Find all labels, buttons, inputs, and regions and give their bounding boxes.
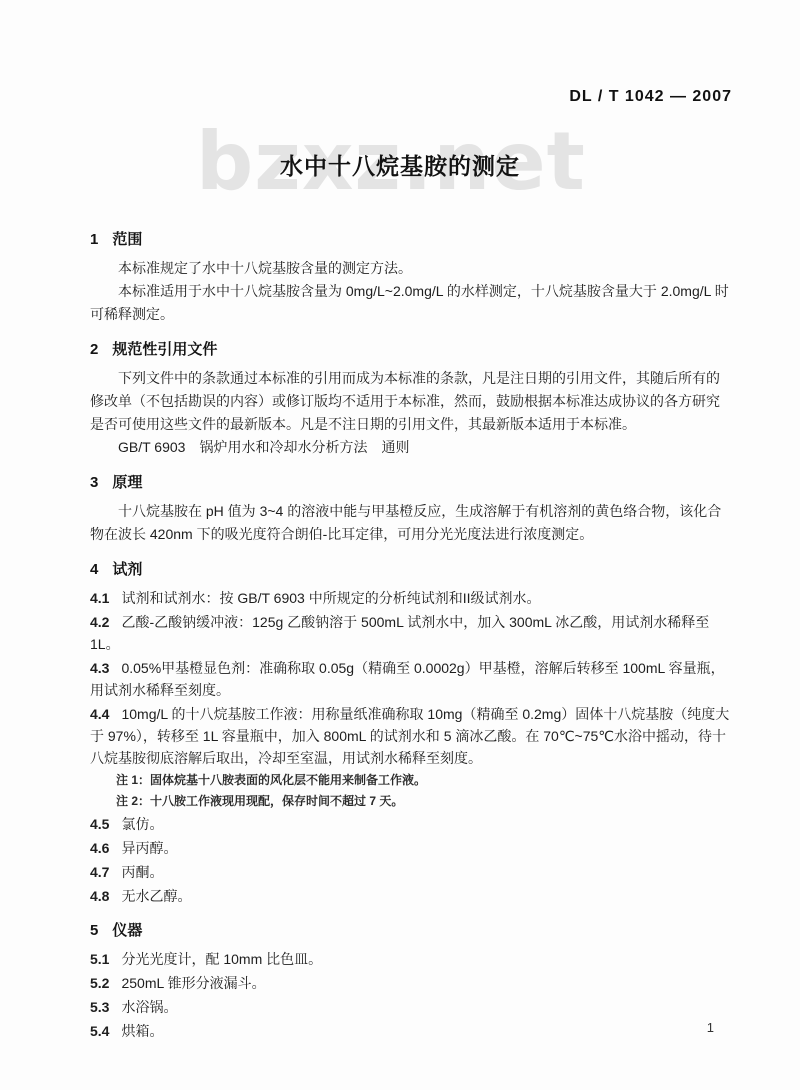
clause-4-8-number: 4.8 [90,888,109,904]
clause-4-5-number: 4.5 [90,816,109,832]
section-4-heading: 4试剂 [90,558,730,581]
clause-5-2: 5.2250mL 锥形分液漏斗。 [90,972,730,994]
clause-4-3: 4.30.05%甲基橙显色剂：准确称取 0.05g（精确至 0.0002g）甲基… [90,657,730,701]
clause-4-1-number: 4.1 [90,590,109,606]
title-block: bzxz.net 水中十八烷基胺的测定 [0,126,800,226]
clause-5-3: 5.3水浴锅。 [90,996,730,1018]
section-1-paragraph-2: 本标准适用于水中十八烷基胺含量为 0mg/L~2.0mg/L 的水样测定，十八烷… [90,280,730,326]
note-1: 注 1：固体烷基十八胺表面的风化层不能用来制备工作液。 [90,771,730,790]
section-3-heading: 3原理 [90,471,730,494]
clause-5-3-number: 5.3 [90,999,109,1015]
clause-4-7-text: 丙酮。 [121,864,163,880]
clause-4-6-text: 异丙醇。 [121,840,177,856]
section-2-heading: 2规范性引用文件 [90,338,730,361]
clause-5-3-text: 水浴锅。 [121,999,177,1015]
clause-5-2-number: 5.2 [90,975,109,991]
clause-4-8-text: 无水乙醇。 [121,888,191,904]
section-5-number: 5 [90,919,98,942]
section-3-number: 3 [90,471,98,494]
document-page: DL / T 1042 — 2007 bzxz.net 水中十八烷基胺的测定 1… [0,0,800,1090]
note-2: 注 2：十八胺工作液现用现配，保存时间不超过 7 天。 [90,792,730,811]
clause-4-4-text: 10mg/L 的十八烷基胺工作液：用称量纸准确称取 10mg（精确至 0.2mg… [90,706,729,766]
clause-4-7: 4.7丙酮。 [90,861,730,883]
clause-5-2-text: 250mL 锥形分液漏斗。 [121,975,265,991]
clause-5-1-text: 分光光度计，配 10mm 比色皿。 [121,951,322,967]
section-2-number: 2 [90,338,98,361]
clause-4-6-number: 4.6 [90,840,109,856]
clause-4-2-text: 乙酸-乙酸钠缓冲液：125g 乙酸钠溶于 500mL 试剂水中，加入 300mL… [90,614,709,652]
section-2-reference: GB/T 6903 锅炉用水和冷却水分析方法 通则 [90,436,730,459]
clause-4-8: 4.8无水乙醇。 [90,885,730,907]
section-1-number: 1 [90,228,98,251]
section-5-heading: 5仪器 [90,919,730,942]
clause-4-1-text: 试剂和试剂水：按 GB/T 6903 中所规定的分析纯试剂和II级试剂水。 [121,590,540,606]
section-4-number: 4 [90,558,98,581]
clause-4-1: 4.1试剂和试剂水：按 GB/T 6903 中所规定的分析纯试剂和II级试剂水。 [90,587,730,609]
section-3-paragraph-1: 十八烷基胺在 pH 值为 3~4 的溶液中能与甲基橙反应，生成溶解于有机溶剂的黄… [90,500,730,546]
page-number: 1 [707,1020,714,1035]
document-title: 水中十八烷基胺的测定 [0,148,800,181]
clause-4-3-text: 0.05%甲基橙显色剂：准确称取 0.05g（精确至 0.0002g）甲基橙，溶… [90,660,725,698]
clause-4-5-text: 氯仿。 [121,816,163,832]
clause-5-4-number: 5.4 [90,1023,109,1039]
clause-4-4: 4.410mg/L 的十八烷基胺工作液：用称量纸准确称取 10mg（精确至 0.… [90,703,730,769]
clause-5-1-number: 5.1 [90,951,109,967]
clause-4-3-number: 4.3 [90,660,109,676]
section-4-title: 试剂 [112,561,142,578]
clause-4-4-number: 4.4 [90,706,109,722]
section-1-paragraph-1: 本标准规定了水中十八烷基胺含量的测定方法。 [90,257,730,280]
document-body: 1范围 本标准规定了水中十八烷基胺含量的测定方法。 本标准适用于水中十八烷基胺含… [90,228,730,1044]
section-2-title: 规范性引用文件 [112,341,217,358]
clause-4-2: 4.2乙酸-乙酸钠缓冲液：125g 乙酸钠溶于 500mL 试剂水中，加入 30… [90,611,730,655]
section-1-heading: 1范围 [90,228,730,251]
clause-4-5: 4.5氯仿。 [90,813,730,835]
clause-5-4-text: 烘箱。 [121,1023,163,1039]
section-5-title: 仪器 [112,922,142,939]
standard-code: DL / T 1042 — 2007 [569,88,732,106]
section-3-title: 原理 [112,474,142,491]
clause-4-6: 4.6异丙醇。 [90,837,730,859]
clause-5-4: 5.4烘箱。 [90,1020,730,1042]
clause-4-2-number: 4.2 [90,614,109,630]
clause-4-7-number: 4.7 [90,864,109,880]
section-2-paragraph-1: 下列文件中的条款通过本标准的引用而成为本标准的条款，凡是注日期的引用文件，其随后… [90,367,730,436]
clause-5-1: 5.1分光光度计，配 10mm 比色皿。 [90,948,730,970]
section-1-title: 范围 [112,231,142,248]
